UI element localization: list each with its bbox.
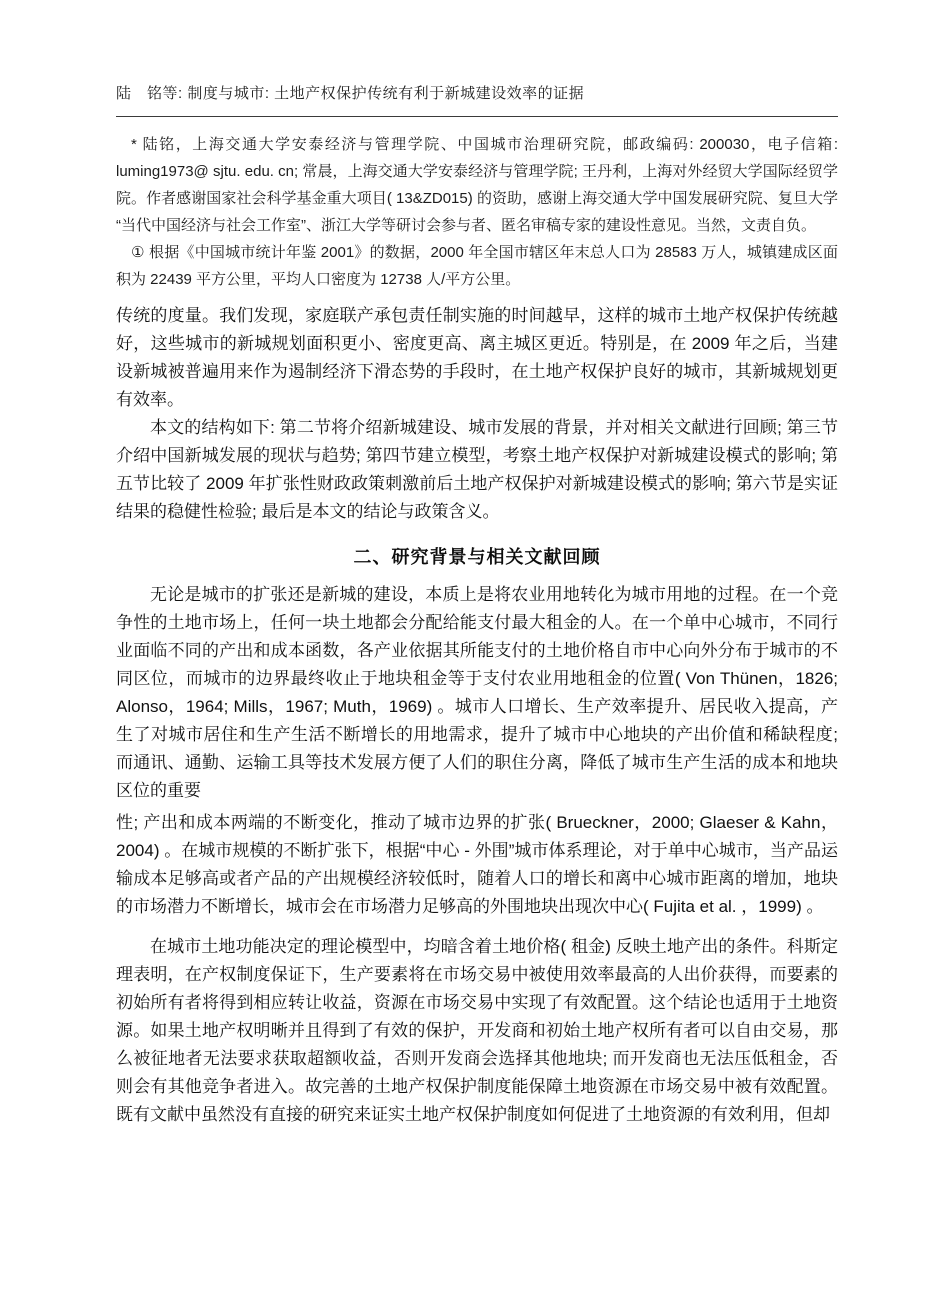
footnote-block: * 陆铭，上海交通大学安泰经济与管理学院、中国城市治理研究院，邮政编码: 200… [116, 131, 838, 293]
footnote-1: ① 根据《中国城市统计年鉴 2001》的数据，2000 年全国市辖区年末总人口为… [116, 239, 838, 293]
paragraph-coase-theorem: 在城市土地功能决定的理论模型中，均暗含着土地价格( 租金) 反映土地产出的条件。… [116, 933, 838, 1129]
header-rule-divider [116, 116, 838, 117]
body-text: 传统的度量。我们发现，家庭联产承包责任制实施的时间越早，这样的城市土地产权保护传… [116, 302, 838, 1129]
paper-page: 陆 铭等: 制度与城市: 土地产权保护传统有利于新城建设效率的证据 * 陆铭，上… [0, 0, 950, 1290]
paragraph-continuation-intro: 传统的度量。我们发现，家庭联产承包责任制实施的时间越早，这样的城市土地产权保护传… [116, 302, 838, 414]
paragraph-urban-expansion: 无论是城市的扩张还是新城的建设，本质上是将农业用地转化为城市用地的过程。在一个竞… [116, 581, 838, 805]
footnote-author-note: * 陆铭，上海交通大学安泰经济与管理学院、中国城市治理研究院，邮政编码: 200… [116, 131, 838, 239]
paragraph-structure-outline: 本文的结构如下: 第二节将介绍新城建设、城市发展的背景，并对相关文献进行回顾; … [116, 414, 838, 526]
section-heading: 二、研究背景与相关文献回顾 [116, 543, 838, 571]
paragraph-city-boundary: 性; 产出和成本两端的不断变化，推动了城市边界的扩张( Brueckner，20… [116, 809, 838, 921]
running-header: 陆 铭等: 制度与城市: 土地产权保护传统有利于新城建设效率的证据 [116, 82, 838, 103]
